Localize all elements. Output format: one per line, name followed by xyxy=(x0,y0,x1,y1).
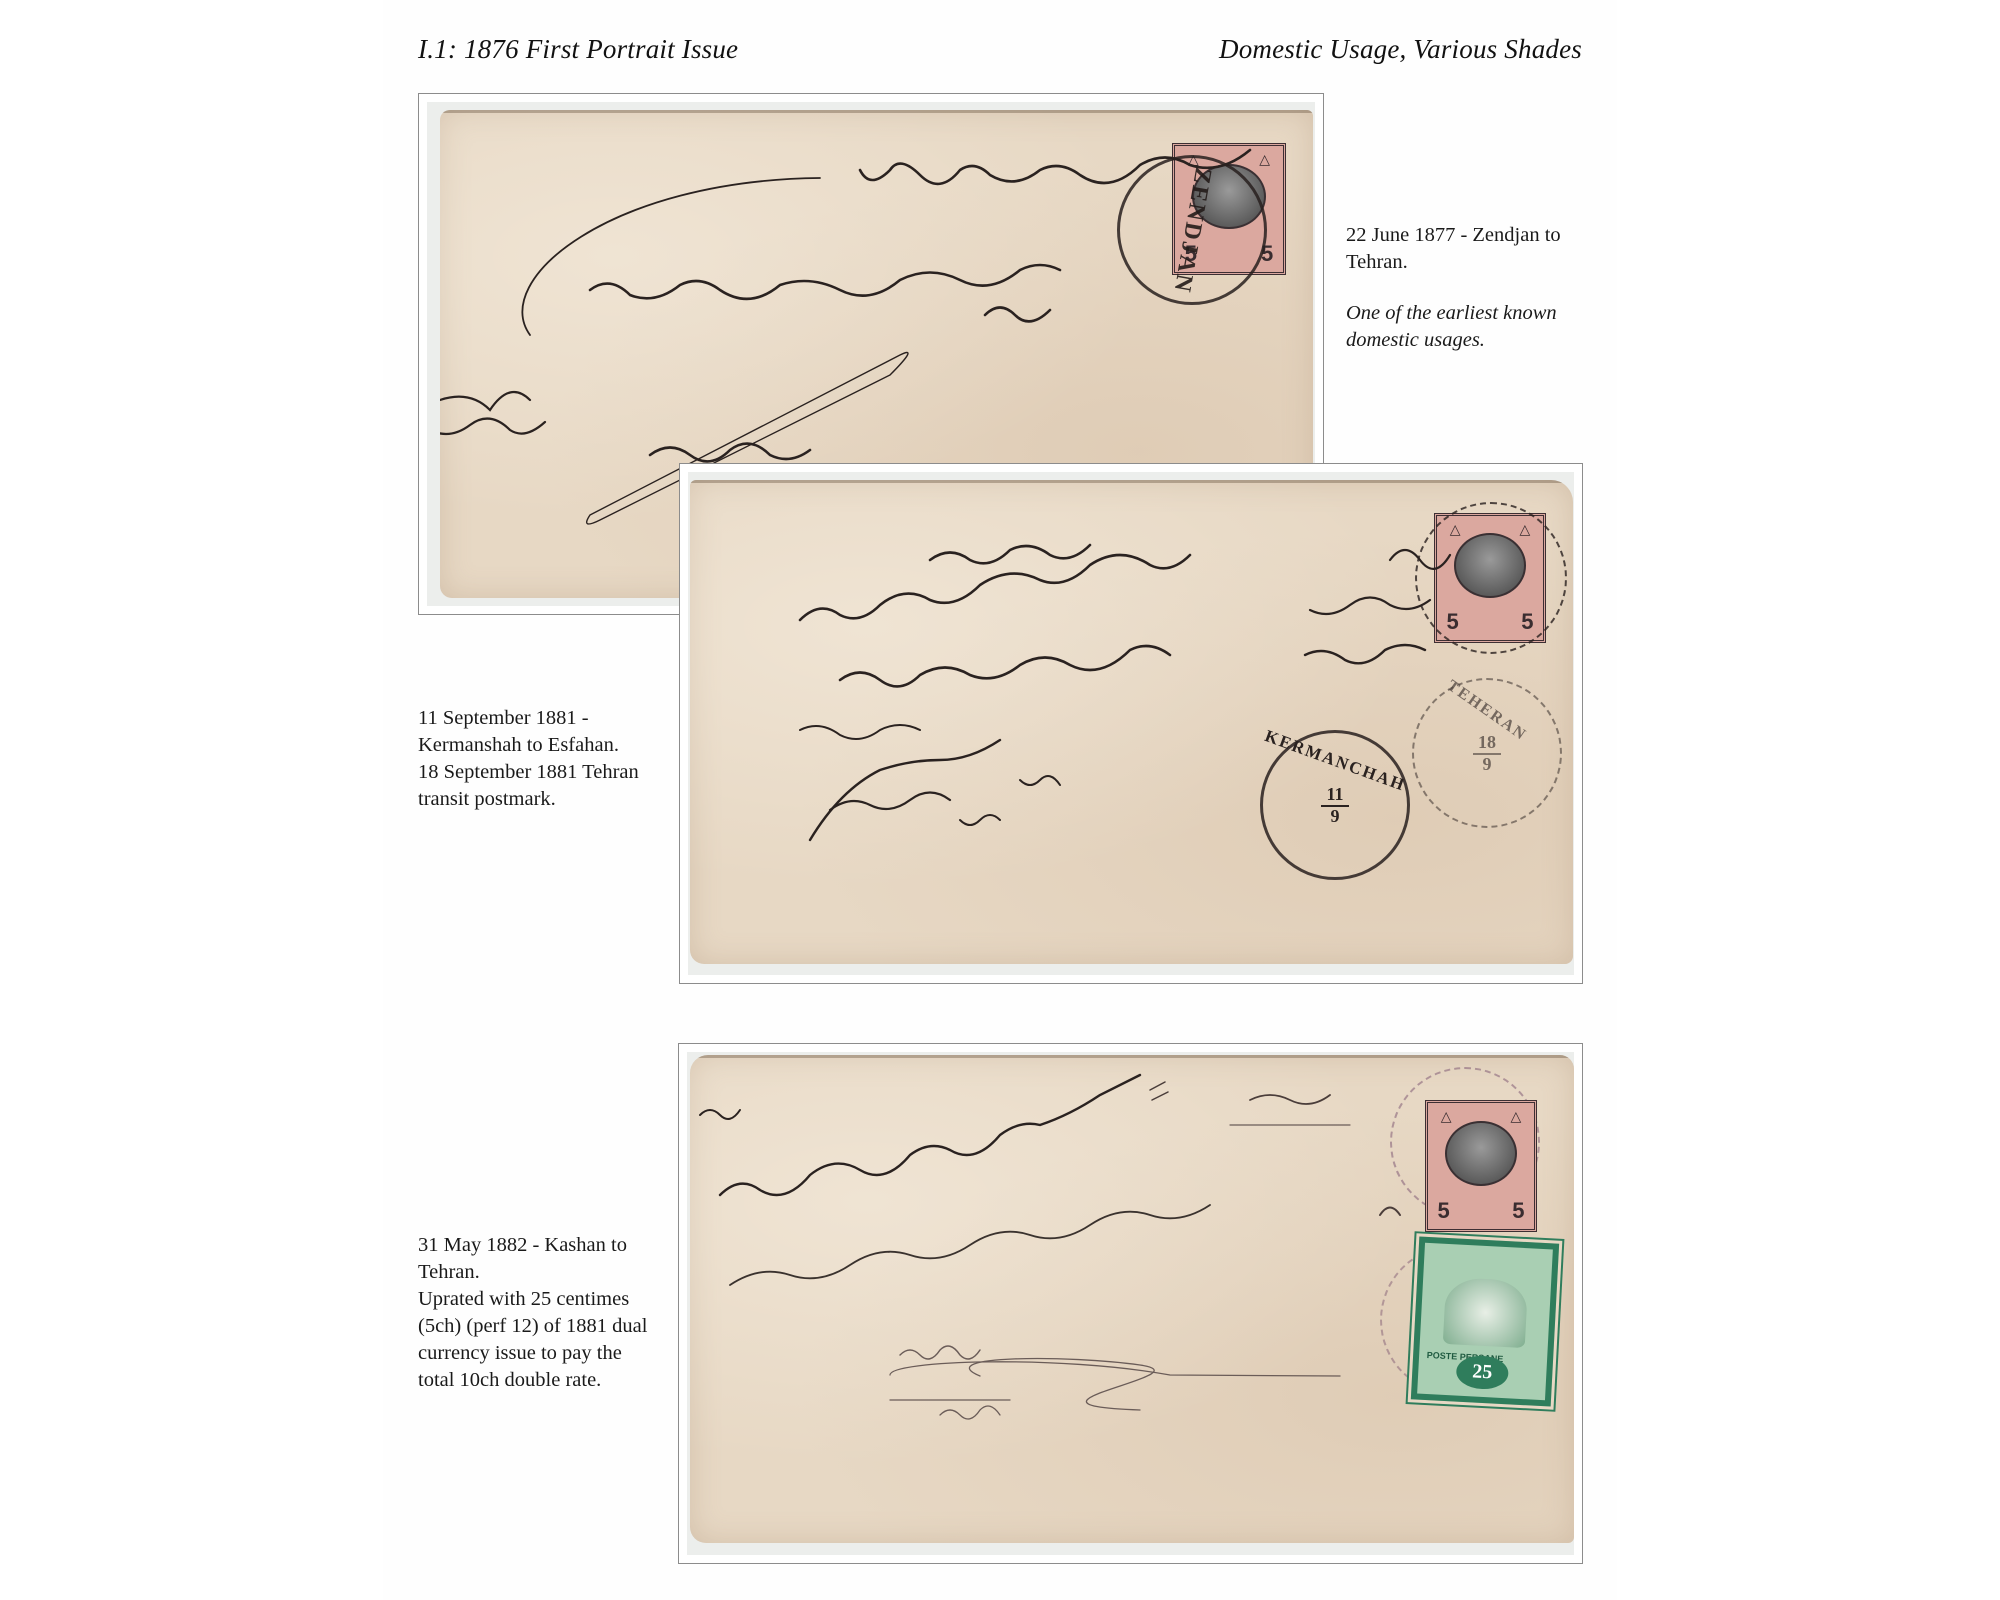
cover-3-handwriting xyxy=(690,1055,1574,1543)
cover-2-envelope: △ △ 5 5 KERMANCHAH 11 9 TEHERAN 18 9 xyxy=(690,480,1573,964)
cover-2-handwriting xyxy=(690,480,1573,964)
page-header-title: I.1: 1876 First Portrait Issue xyxy=(418,34,738,65)
cover-3-caption: 31 May 1882 - Kashan to Tehran. Uprated … xyxy=(418,1232,668,1394)
cover-3-envelope: △ △ 5 5 POSTE PERSANE 25 xyxy=(690,1055,1574,1543)
cover-2-caption: 11 September 1881 - Kermanshah to Esfaha… xyxy=(418,705,668,813)
page-header-subtitle: Domestic Usage, Various Shades xyxy=(1219,34,1582,65)
cover-1-caption: 22 June 1877 - Zendjan to Tehran. One of… xyxy=(1346,222,1586,354)
cover-1-note: One of the earliest known domestic usage… xyxy=(1346,300,1586,354)
